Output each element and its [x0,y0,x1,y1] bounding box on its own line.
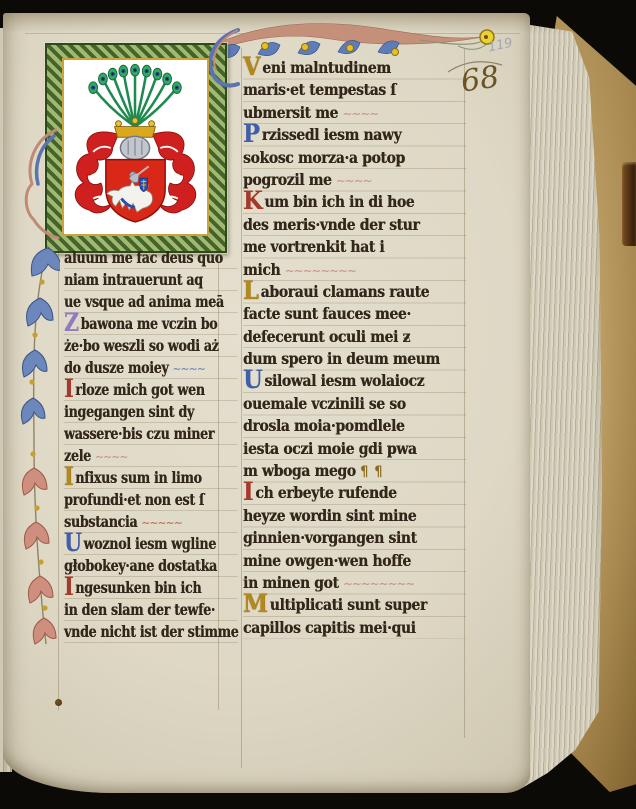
text-line: Kum bin ich in di hoe [243,191,466,213]
line-text: um bin ich in di hoe [264,192,414,211]
line-text: sokosc morza·a potop [243,148,405,167]
text-line: ue vsque ad anima meā [64,291,238,313]
coat-of-arms-overlay [62,58,209,236]
frame-side-leaf [16,126,60,244]
text-line: maris·et tempestas ſ [243,79,466,101]
blue-leaves [21,248,60,424]
text-line: Ingesunken bin ich [64,577,238,599]
text-line: m wboga mego¶ ¶ [243,460,466,482]
text-line: facte sunt fauces mee· [243,303,466,325]
line-text: do dusze moiey [64,358,168,377]
line-filler-ornament: ∼∼∼∼∼ [141,516,182,531]
text-line: aluum me fac deus quo [64,247,238,269]
line-text: m wboga mego [243,461,356,480]
text-line: Uwoznol iesm wgline [64,533,238,555]
line-text: des meris·vnde der stur [243,215,419,234]
line-filler-ornament: ∼∼∼∼∼∼∼∼ [285,264,356,279]
text-line: profundi·et non est ſ [64,489,238,511]
line-text: ngesunken bin ich [75,578,201,597]
line-text: dum spero in deum meum [243,349,440,368]
text-line: ginnien·vorgangen sint [243,527,466,549]
manuscript-photo: 119 68 [0,0,636,809]
text-line: des meris·vnde der stur [243,214,466,236]
text-line: wassere·bis czu miner [64,423,238,445]
line-text: iesta oczi moie gdi pwa [243,439,417,458]
line-text: defecerunt oculi mei ƶ [243,327,410,346]
text-line: defecerunt oculi mei ƶ [243,326,466,348]
column-left: aluum me fac deus quoniam intrauerunt aq… [64,247,238,643]
text-line: in den slam der tewfe· [64,599,238,621]
line-text: nfixus sum in limo [75,468,201,487]
line-text: aluum me fac deus quo [64,248,223,267]
text-line: niam intrauerunt aq [64,269,238,291]
text-line: substancia∼∼∼∼∼ [64,511,238,533]
line-text: silowal iesm wolaiocz [264,371,424,390]
line-text: facte sunt fauces mee· [243,304,411,323]
line-text: rzissedl iesm nawy [262,125,402,144]
text-line: że·bo weszli so wodi aż [64,335,238,357]
text-line: ouemale vczinili se so [243,393,466,415]
margin-acanthus-vine [4,240,60,650]
line-text: głobokey·ane dostatka [64,556,217,575]
line-text: aboraui clamans raute [261,282,430,301]
shield-pogonia [106,160,165,222]
line-text: profundi·et non est ſ [64,490,204,509]
line-text: ingegangen sint dy [64,402,194,421]
line-text: bawona me vczin bo [81,314,218,333]
line-text: ch erbeyte rufende [255,483,396,502]
line-text: heyze wordin sint mine [243,506,416,525]
line-filler-ornament: ∼∼∼∼ [343,107,379,122]
line-text: że·bo weszli so wodi aż [64,336,219,355]
line-text: eni malntudinem [262,58,390,77]
text-line: mich∼∼∼∼∼∼∼∼ [243,259,466,281]
text-line: capillos capitis mei·qui [243,617,466,639]
text-line: sokosc morza·a potop [243,147,466,169]
column-right: Veni malntudinemmaris·et tempestas ſubme… [243,57,466,639]
line-text: mine owgen·wen hoffe [243,551,411,570]
line-text: maris·et tempestas ſ [243,80,396,99]
line-text: in den slam der tewfe· [64,600,215,619]
text-line: Multiplicati sunt super [243,594,466,616]
line-filler-ornament: ∼∼∼∼ [173,362,205,377]
line-text: vnde nicht ist der stimme [64,622,238,641]
text-line: głobokey·ane dostatka [64,555,238,577]
text-line: iesta oczi moie gdi pwa [243,438,466,460]
text-line: heyze wordin sint mine [243,505,466,527]
line-text: woznol iesm wgline [84,534,216,553]
line-text: ouemale vczinili se so [243,394,406,413]
line-text: drosla moia·pomdlele [243,416,404,435]
line-text: ginnien·vorgangen sint [243,528,417,547]
text-line: do dusze moiey∼∼∼∼ [64,357,238,379]
gold-crown [115,118,156,137]
text-line: Przissedl iesm nawy [243,124,466,146]
line-text: ue vsque ad anima meā [64,292,224,311]
text-line: Irloze mich got wen [64,379,238,401]
text-line: Zbawona me vczin bo [64,313,238,335]
line-text: capillos capitis mei·qui [243,618,416,637]
text-line: Ich erbeyte rufende [243,482,466,504]
text-line: me vortrenkit hat i [243,236,466,258]
text-line: ubmersit me∼∼∼∼ [243,102,466,124]
pink-leaves [22,468,56,644]
text-line: vnde nicht ist der stimme [64,621,238,643]
book-clasp [622,162,636,246]
line-filler-ornament: ∼∼∼∼ [95,450,127,465]
line-text: ultiplicati sunt super [270,595,427,614]
text-line: Usilowal iesm wolaiocz [243,370,466,392]
text-line: Laboraui clamans raute [243,281,466,303]
line-filler-ornament: ∼∼∼∼∼∼∼∼ [343,577,414,592]
line-text: wassere·bis czu miner [64,424,214,443]
wormhole-spot [55,699,62,706]
text-line: zele∼∼∼∼ [64,445,238,467]
text-line: drosla moia·pomdlele [243,415,466,437]
line-text: me vortrenkit hat i [243,237,384,256]
text-line: Infixus sum in limo [64,467,238,489]
text-line: dum spero in deum meum [243,348,466,370]
ruling-line-vertical [241,48,242,768]
line-filler-ornament: ∼∼∼∼ [336,174,372,189]
text-line: in minen got∼∼∼∼∼∼∼∼ [243,572,466,594]
line-text: rloze mich got wen [75,380,204,399]
text-line: Veni malntudinem [243,57,466,79]
line-text: niam intrauerunt aq [64,270,203,289]
text-line: pogrozil me∼∼∼∼ [243,169,466,191]
pogonia-coat-of-arms [64,60,207,234]
text-line: mine owgen·wen hoffe [243,550,466,572]
line-filler-ornament: ¶ ¶ [360,464,383,480]
text-line: ingegangen sint dy [64,401,238,423]
